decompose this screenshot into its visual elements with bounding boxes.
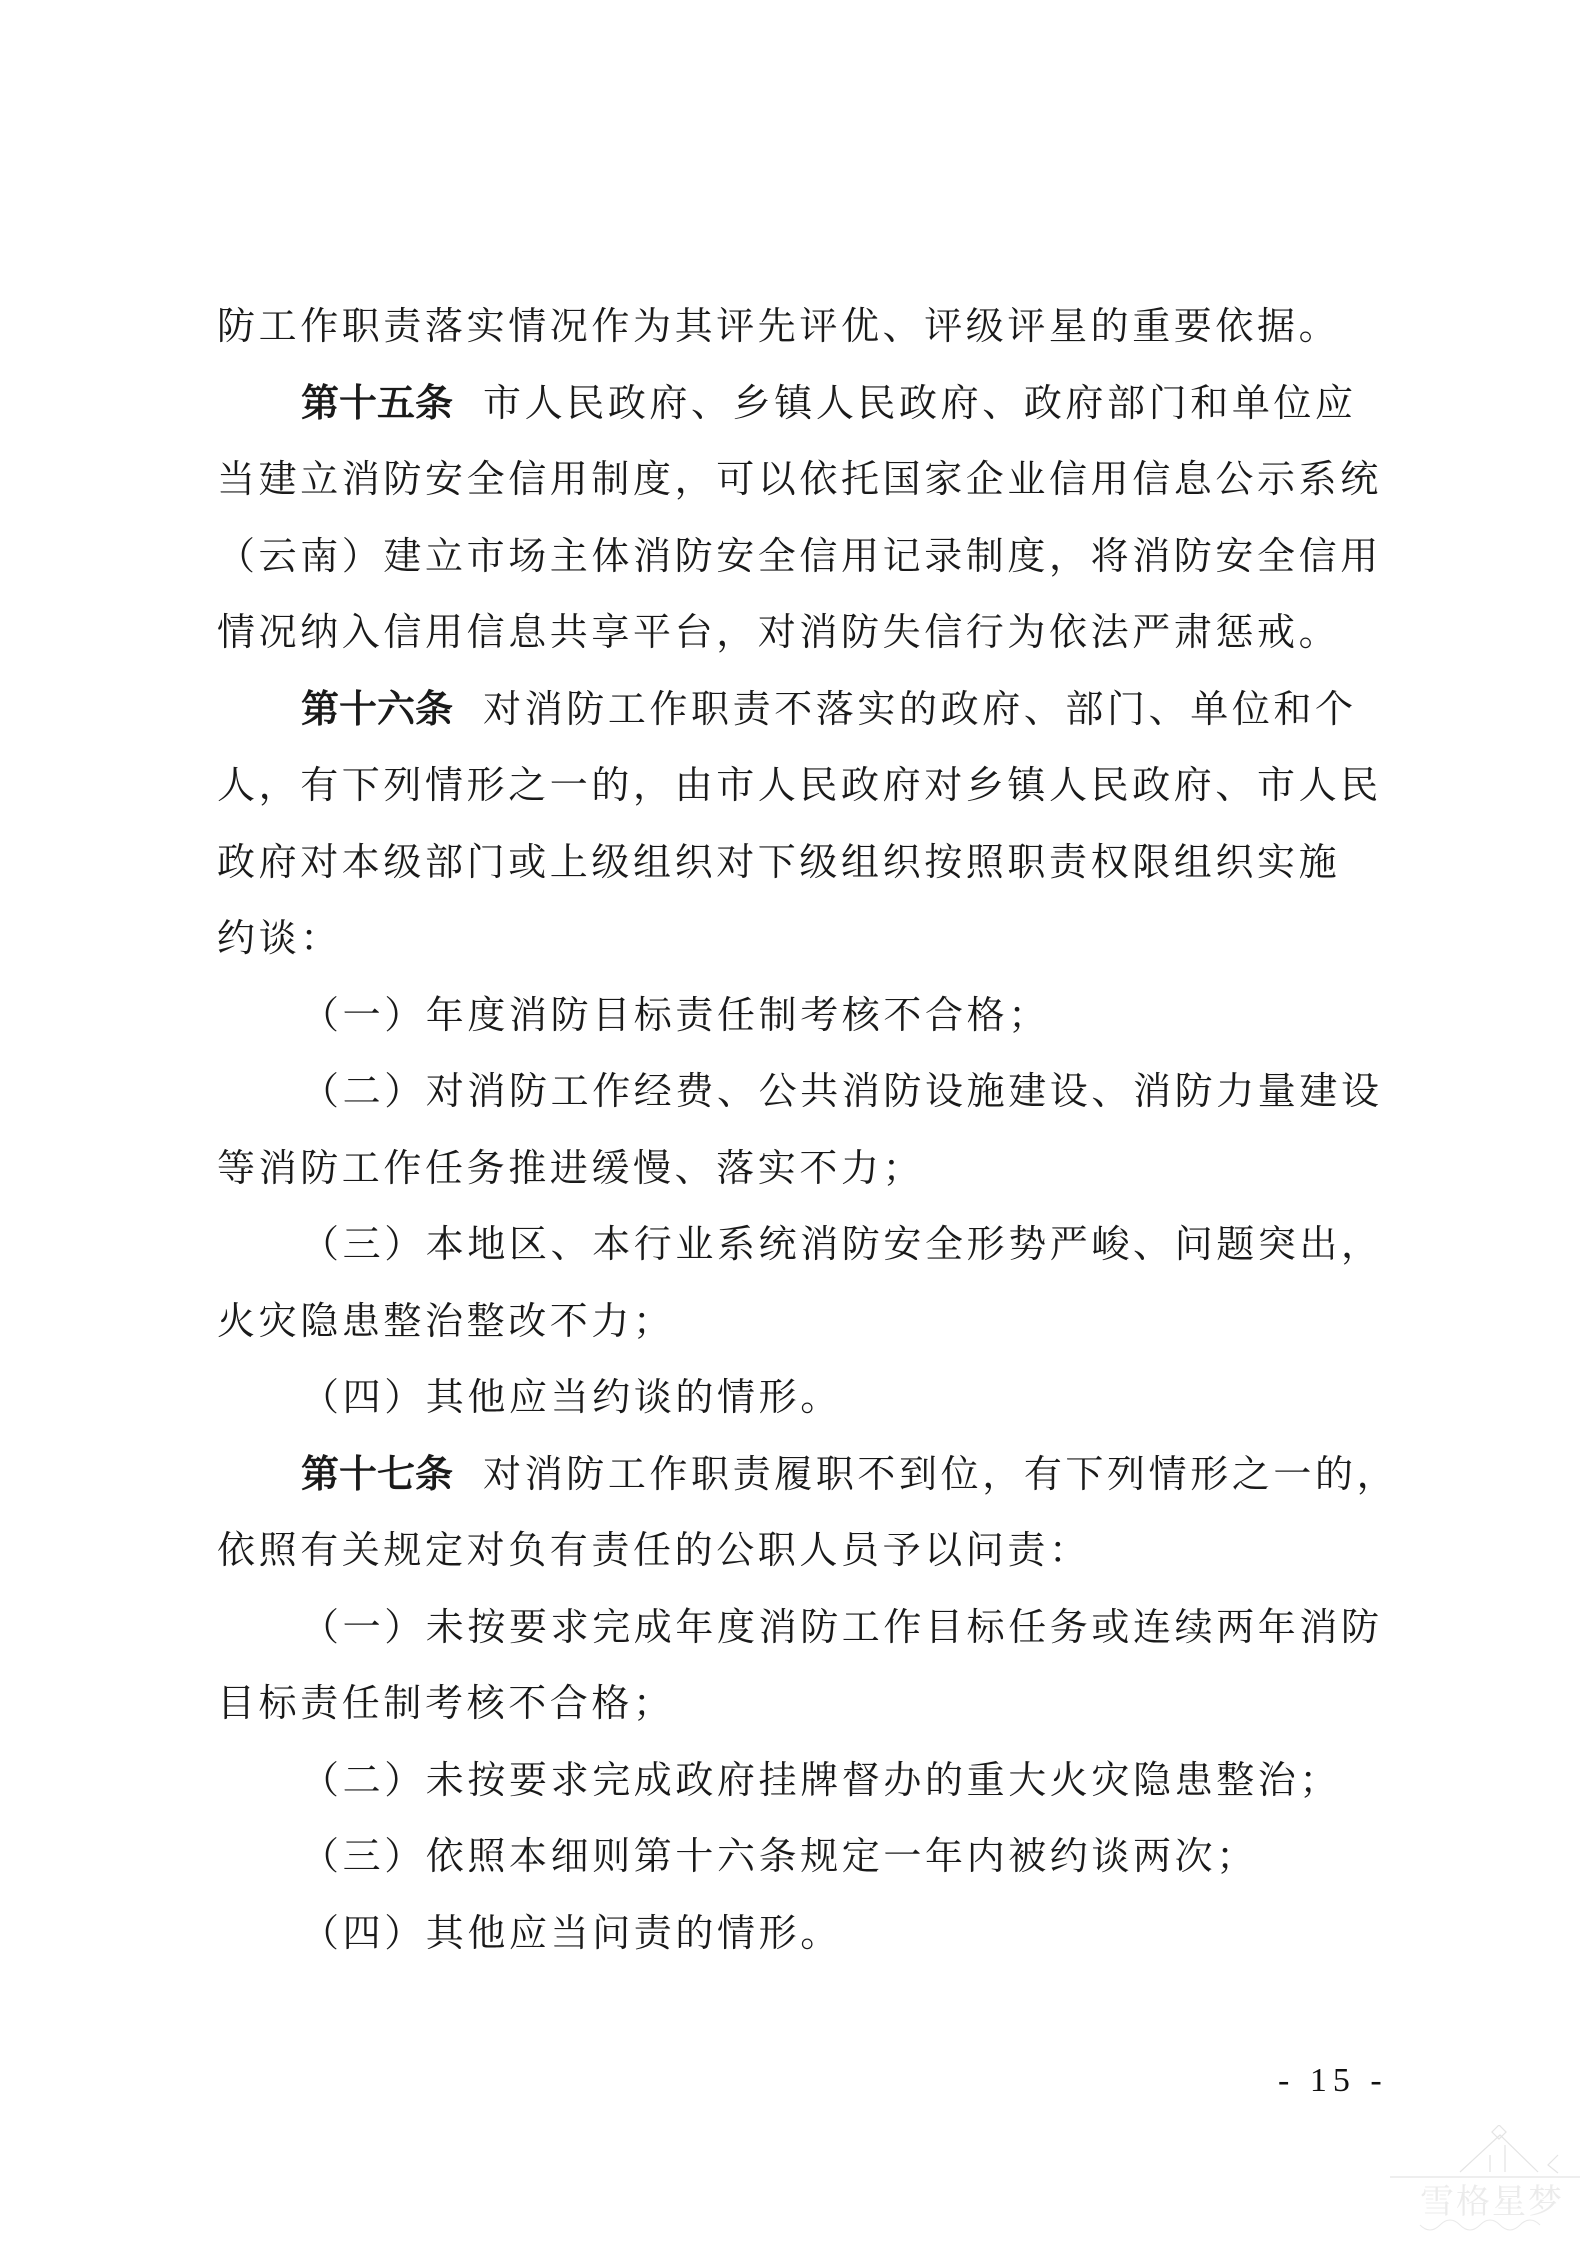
line-text: 目标责任制考核不合格； xyxy=(217,1681,675,1725)
list-item: （一）年度消防目标责任制考核不合格； xyxy=(217,977,1379,1054)
article-17-heading-line: 第十七条对消防工作职责履职不到位，有下列情形之一的， xyxy=(217,1436,1379,1513)
line-text: 约谈： xyxy=(217,916,342,960)
watermark-label: 雪格星梦 xyxy=(1420,2182,1564,2222)
line-text: 人，有下列情形之一的，由市人民政府对乡镇人民政府、市人民 xyxy=(217,763,1382,807)
paragraph-line: 目标责任制考核不合格； xyxy=(217,1665,1379,1742)
list-item: （一）未按要求完成年度消防工作目标任务或连续两年消防 xyxy=(217,1589,1379,1666)
paragraph-line: 等消防工作任务推进缓慢、落实不力； xyxy=(217,1130,1379,1207)
list-item: （四）其他应当问责的情形。 xyxy=(217,1895,1379,1972)
paragraph-line: 情况纳入信用信息共享平台，对消防失信行为依法严肃惩戒。 xyxy=(217,594,1379,671)
body-text: 防工作职责落实情况作为其评先评优、评级评星的重要依据。 第十五条市人民政府、乡镇… xyxy=(217,288,1379,1971)
line-text: 等消防工作任务推进缓慢、落实不力； xyxy=(217,1146,924,1190)
line-text: （一）年度消防目标责任制考核不合格； xyxy=(301,993,1050,1037)
paragraph-line: 人，有下列情形之一的，由市人民政府对乡镇人民政府、市人民 xyxy=(217,747,1379,824)
article-15-heading-line: 第十五条市人民政府、乡镇人民政府、政府部门和单位应 xyxy=(217,365,1379,442)
line-text: （三）依照本细则第十六条规定一年内被约谈两次； xyxy=(301,1834,1258,1878)
paragraph-line: 火灾隐患整治整改不力； xyxy=(217,1283,1379,1360)
line-text: 火灾隐患整治整改不力； xyxy=(217,1299,675,1343)
line-text: 防工作职责落实情况作为其评先评优、评级评星的重要依据。 xyxy=(217,304,1340,348)
paragraph-line: 依照有关规定对负有责任的公职人员予以问责： xyxy=(217,1512,1379,1589)
line-text: （三）本地区、本行业系统消防安全形势严峻、问题突出， xyxy=(301,1222,1383,1266)
paragraph-line: 防工作职责落实情况作为其评先评优、评级评星的重要依据。 xyxy=(217,288,1379,365)
paragraph-line: 政府对本级部门或上级组织对下级组织按照职责权限组织实施 xyxy=(217,824,1379,901)
line-text: 对消防工作职责不落实的政府、部门、单位和个 xyxy=(483,687,1357,731)
line-text: （四）其他应当约谈的情形。 xyxy=(301,1375,842,1419)
page-number: - 15 - xyxy=(1278,2062,1388,2100)
document-page: 防工作职责落实情况作为其评先评优、评级评星的重要依据。 第十五条市人民政府、乡镇… xyxy=(0,0,1587,2245)
line-text: （二）未按要求完成政府挂牌督办的重大火灾隐患整治； xyxy=(301,1758,1341,1802)
line-text: （云南）建立市场主体消防安全信用记录制度，将消防安全信用 xyxy=(217,534,1382,578)
article-number: 第十七条 xyxy=(301,1452,453,1496)
article-number: 第十六条 xyxy=(301,687,453,731)
article-16-heading-line: 第十六条对消防工作职责不落实的政府、部门、单位和个 xyxy=(217,671,1379,748)
paragraph-line: （云南）建立市场主体消防安全信用记录制度，将消防安全信用 xyxy=(217,518,1379,595)
line-text: 政府对本级部门或上级组织对下级组织按照职责权限组织实施 xyxy=(217,840,1340,884)
line-text: 市人民政府、乡镇人民政府、政府部门和单位应 xyxy=(483,381,1357,425)
line-text: 依照有关规定对负有责任的公职人员予以问责： xyxy=(217,1528,1091,1572)
paragraph-line: 当建立消防安全信用制度，可以依托国家企业信用信息公示系统 xyxy=(217,441,1379,518)
article-number: 第十五条 xyxy=(301,381,453,425)
list-item: （三）本地区、本行业系统消防安全形势严峻、问题突出， xyxy=(217,1206,1379,1283)
list-item: （三）依照本细则第十六条规定一年内被约谈两次； xyxy=(217,1818,1379,1895)
list-item: （二）未按要求完成政府挂牌督办的重大火灾隐患整治； xyxy=(217,1742,1379,1819)
line-text: （一）未按要求完成年度消防工作目标任务或连续两年消防 xyxy=(301,1605,1383,1649)
watermark: 雪格星梦 xyxy=(1390,2125,1580,2240)
line-text: （二）对消防工作经费、公共消防设施建设、消防力量建设 xyxy=(301,1069,1383,1113)
line-text: 情况纳入信用信息共享平台，对消防失信行为依法严肃惩戒。 xyxy=(217,610,1340,654)
paragraph-line: 约谈： xyxy=(217,900,1379,977)
list-item: （四）其他应当约谈的情形。 xyxy=(217,1359,1379,1436)
line-text: 当建立消防安全信用制度，可以依托国家企业信用信息公示系统 xyxy=(217,457,1382,501)
line-text: 对消防工作职责履职不到位，有下列情形之一的， xyxy=(483,1452,1398,1496)
house-logo-icon: 雪格星梦 xyxy=(1390,2125,1580,2240)
list-item: （二）对消防工作经费、公共消防设施建设、消防力量建设 xyxy=(217,1053,1379,1130)
line-text: （四）其他应当问责的情形。 xyxy=(301,1911,842,1955)
